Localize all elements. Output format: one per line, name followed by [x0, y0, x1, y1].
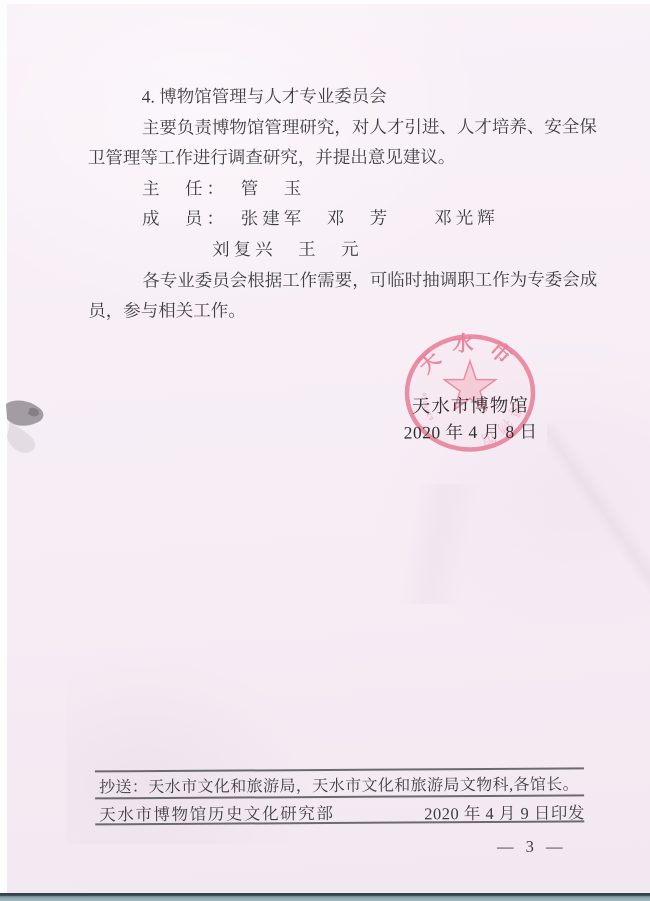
- cc-note: 抄送：天水市文化和旅游局，天水市文化和旅游局文物科,各馆长。: [99, 771, 579, 797]
- scanner-bed-edge: [0, 893, 650, 901]
- page-number: — 3 —: [497, 837, 567, 857]
- document-footer: 抄送：天水市文化和旅游局，天水市文化和旅游局文物科,各馆长。 天水市博物馆历史文…: [0, 0, 650, 901]
- scanned-page: 4. 博物馆管理与人才专业委员会 主要负责博物馆管理研究，对人才引进、人才培养、…: [0, 0, 650, 901]
